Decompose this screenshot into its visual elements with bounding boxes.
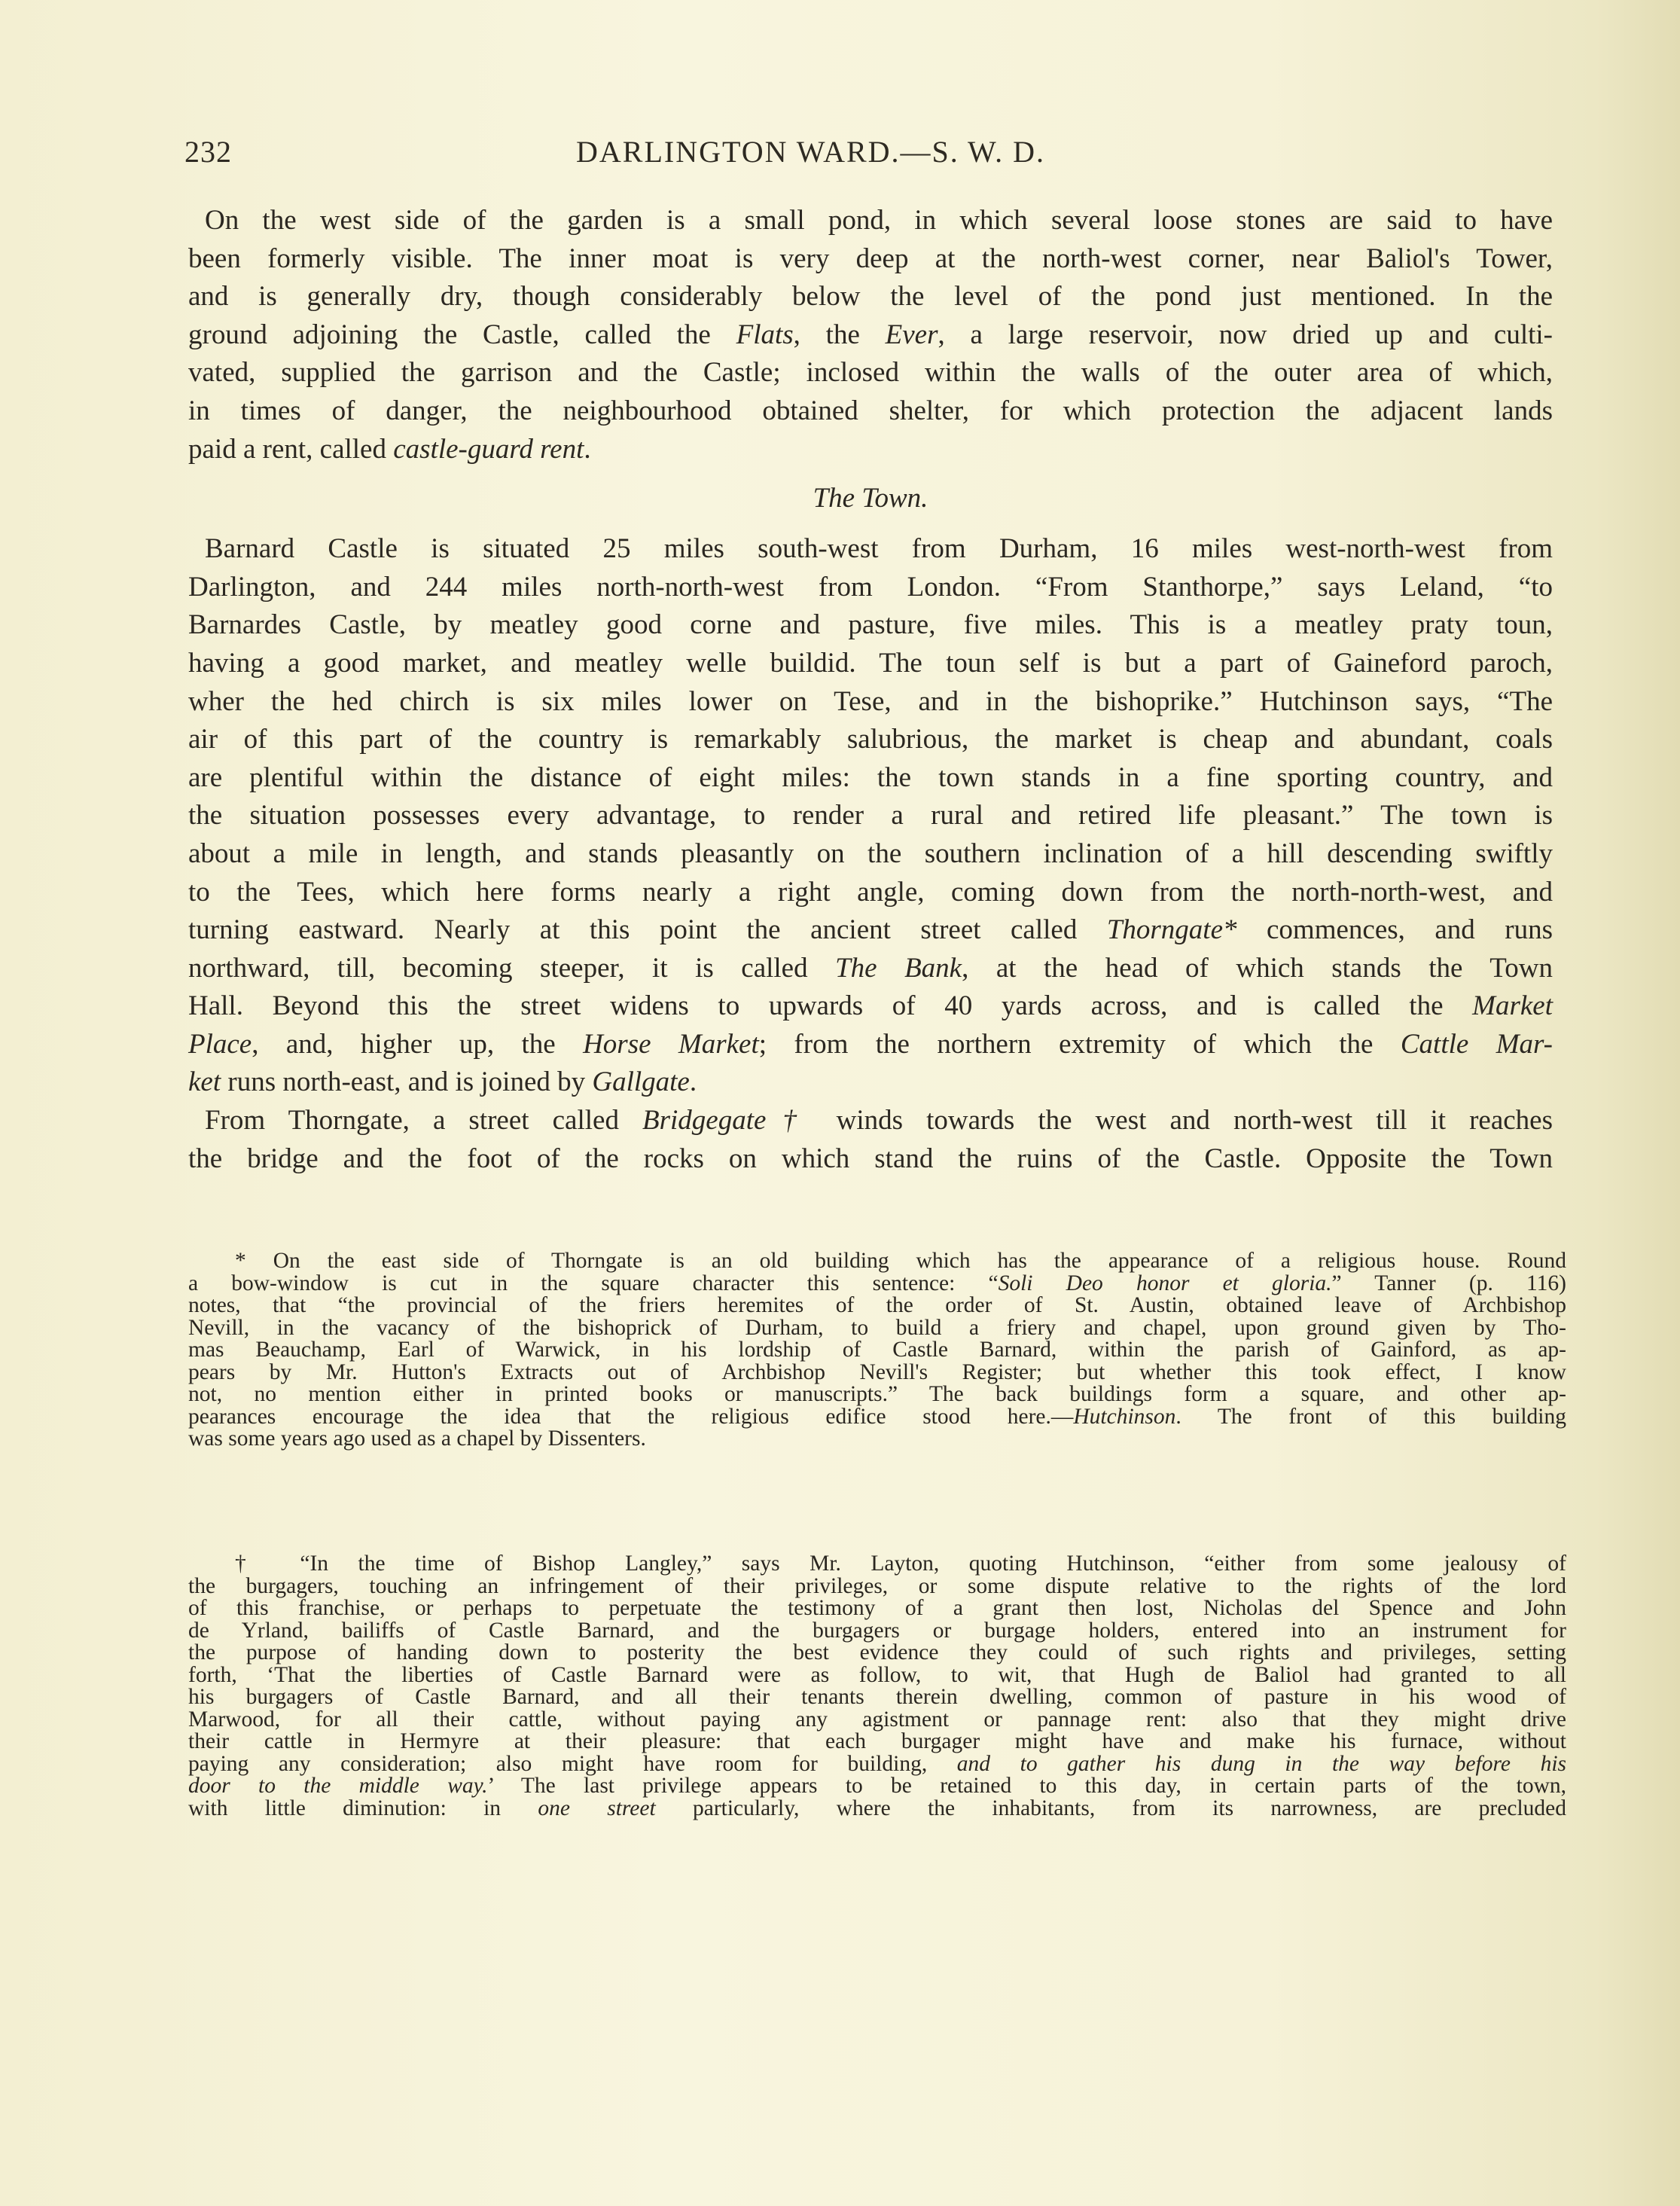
text-line: wher the hed chirch is six miles lower o… (188, 683, 1553, 722)
text-line: Barnard Castle is situated 25 miles sout… (188, 530, 1553, 569)
text-line: Hall. Beyond this the street widens to u… (188, 987, 1553, 1026)
text-line: Darlington, and 244 miles north-north-we… (188, 569, 1553, 607)
main-text: On the west side of the garden is a smal… (188, 202, 1553, 1178)
footnote-asterisk: * On the east side of Thorngate is an ol… (188, 1250, 1566, 1451)
footnote-line: was some years ago used as a chapel by D… (188, 1428, 1566, 1451)
text-line: are plentiful within the distance of eig… (188, 759, 1553, 798)
text-line: turning eastward. Nearly at this point t… (188, 911, 1553, 950)
footnote-line: † “In the time of Bishop Langley,” says … (188, 1553, 1566, 1576)
paragraph-the-town: Barnard Castle is situated 25 miles sout… (188, 530, 1553, 1102)
text-line: Barnardes Castle, by meatley good corne … (188, 606, 1553, 645)
footnote-line: de Yrland, bailiffs of Castle Barnard, a… (188, 1620, 1566, 1643)
footnote-line: pears by Mr. Hutton's Extracts out of Ar… (188, 1362, 1566, 1384)
footnote-line: notes, that “the provincial of the frier… (188, 1295, 1566, 1317)
footnote-line: pearances encourage the idea that the re… (188, 1406, 1566, 1429)
footnote-line: not, no mention either in printed books … (188, 1384, 1566, 1406)
text-line: about a mile in length, and stands pleas… (188, 835, 1553, 874)
text-line: having a good market, and meatley welle … (188, 645, 1553, 683)
footnote-line: his burgagers of Castle Barnard, and all… (188, 1686, 1566, 1709)
text-line: northward, till, becoming steeper, it is… (188, 950, 1553, 988)
text-line: in times of danger, the neighbourhood ob… (188, 392, 1553, 431)
paragraph-garden-pond: On the west side of the garden is a smal… (188, 202, 1553, 468)
text-line: the bridge and the foot of the rocks on … (188, 1140, 1553, 1179)
footnote-line: of this franchise, or perhaps to perpetu… (188, 1597, 1566, 1620)
footnote-dagger: † “In the time of Bishop Langley,” says … (188, 1553, 1566, 1820)
section-heading: The Town. (188, 471, 1553, 526)
footnote-line: door to the middle way.’ The last privil… (188, 1775, 1566, 1798)
paragraph-bridgegate: From Thorngate, a street called Bridgega… (188, 1102, 1553, 1178)
text-line: paid a rent, called castle-guard rent. (188, 431, 1553, 469)
text-line: Place, and, higher up, the Horse Market;… (188, 1026, 1553, 1064)
text-line: the situation possesses every advantage,… (188, 797, 1553, 835)
text-line: On the west side of the garden is a smal… (188, 202, 1553, 240)
page-number: 232 (184, 134, 232, 169)
text-line: vated, supplied the garrison and the Cas… (188, 354, 1553, 392)
footnote-line: * On the east side of Thorngate is an ol… (188, 1250, 1566, 1273)
text-line: and is generally dry, though considerabl… (188, 278, 1553, 316)
running-title: DARLINGTON WARD.—S. W. D. (576, 134, 1045, 169)
text-line: been formerly visible. The inner moat is… (188, 240, 1553, 279)
footnote-line: a bow-window is cut in the square charac… (188, 1273, 1566, 1295)
footnote-line: the burgagers, touching an infringement … (188, 1576, 1566, 1598)
footnote-line: Marwood, for all their cattle, without p… (188, 1709, 1566, 1732)
footnote-line: paying any consideration; also might hav… (188, 1753, 1566, 1776)
text-line: to the Tees, which here forms nearly a r… (188, 874, 1553, 912)
running-head: 232 DARLINGTON WARD.—S. W. D. (184, 134, 1563, 179)
footnote-line: with little diminution: in one street pa… (188, 1798, 1566, 1820)
footnote-line: their cattle in Hermyre at their pleasur… (188, 1731, 1566, 1753)
footnote-line: mas Beauchamp, Earl of Warwick, in his l… (188, 1339, 1566, 1362)
text-line: ground adjoining the Castle, called the … (188, 316, 1553, 355)
footnote-line: forth, ‘That the liberties of Castle Bar… (188, 1664, 1566, 1687)
text-line: air of this part of the country is remar… (188, 721, 1553, 759)
text-line: ket runs north-east, and is joined by Ga… (188, 1063, 1553, 1102)
footnote-line: Nevill, in the vacancy of the bishoprick… (188, 1317, 1566, 1340)
book-page: 232 DARLINGTON WARD.—S. W. D. On the wes… (0, 0, 1680, 2206)
text-line: From Thorngate, a street called Bridgega… (188, 1102, 1553, 1140)
footnote-line: the purpose of handing down to posterity… (188, 1642, 1566, 1664)
